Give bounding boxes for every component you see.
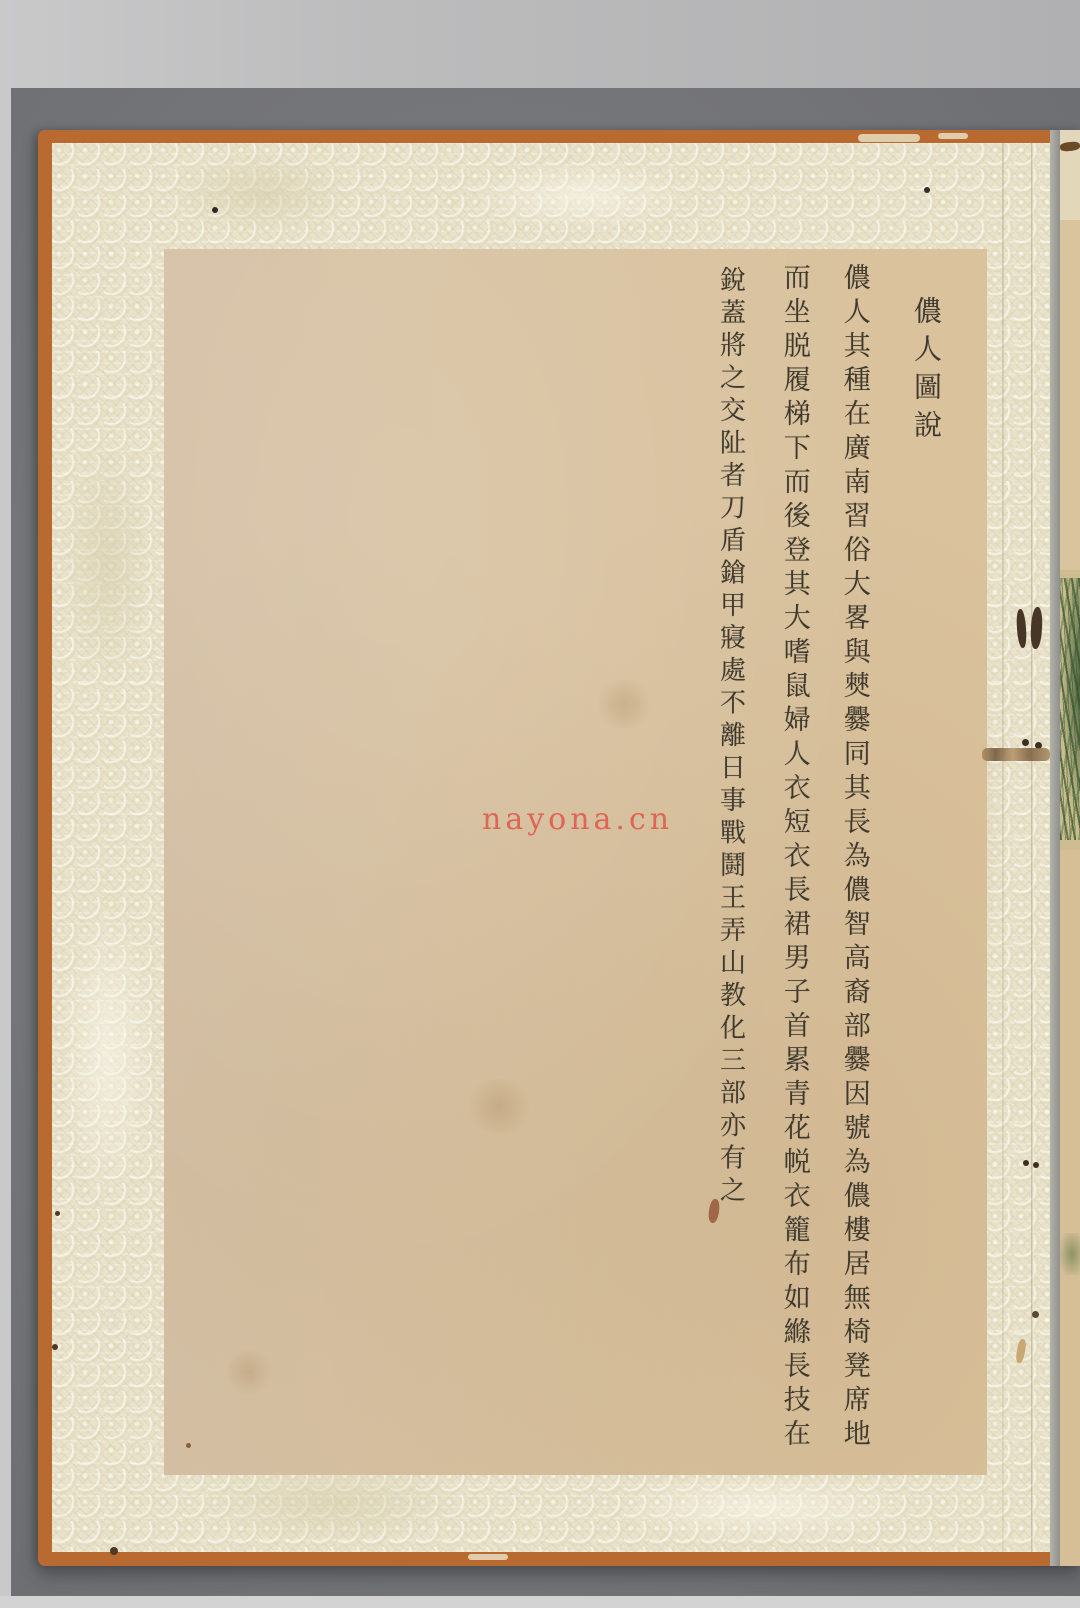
bottom-light-strip bbox=[0, 1596, 1080, 1608]
binding-dot bbox=[1023, 1160, 1029, 1166]
top-light-band bbox=[0, 0, 1080, 88]
speck bbox=[212, 207, 218, 213]
damask-patch bbox=[62, 443, 152, 683]
red-stain bbox=[707, 1198, 720, 1223]
binding-crease-line bbox=[1031, 143, 1034, 1552]
mount-seam-line bbox=[1002, 143, 1004, 1552]
paper-panel: 儂人圖說 · 儂人其種在廣南習俗大畧與僰爨同其長為儂智高裔部爨因號為儂樓居無椅凳… bbox=[164, 249, 987, 1475]
olive-paint-patch bbox=[1060, 1233, 1080, 1275]
text-column-3: 銳蓋將之交阯者刀盾鎗甲寢處不離日事戰鬪王弄山教化三部亦有之 bbox=[714, 266, 747, 1209]
damask-patch bbox=[172, 153, 352, 233]
page-gap-shadow bbox=[1050, 130, 1060, 1566]
binding-dot bbox=[1022, 739, 1029, 746]
foxing-spot bbox=[224, 1349, 274, 1394]
left-light-strip bbox=[0, 0, 11, 1608]
foxing-spot bbox=[594, 679, 654, 729]
edge-wear-chip bbox=[938, 133, 968, 139]
speck bbox=[52, 1344, 58, 1350]
adjacent-page-sliver bbox=[1060, 130, 1080, 1566]
text-column-2: 而坐脱履梯下而後登其大嗜鼠婦人衣短衣長裙男子首累青花帨衣籠布如縧長技在 bbox=[777, 263, 811, 1453]
binding-dot bbox=[1032, 1311, 1039, 1318]
binding-stitch-mark bbox=[1030, 607, 1043, 650]
damask-patch bbox=[202, 1463, 462, 1543]
repair-streak bbox=[982, 748, 1050, 761]
album-page: 儂人圖說 · 儂人其種在廣南習俗大畧與僰爨同其長為儂智高裔部爨因號為儂樓居無椅凳… bbox=[38, 130, 1080, 1566]
text-column-1: 儂人其種在廣南習俗大畧與僰爨同其長為儂智高裔部爨因號為儂樓居無椅凳席地 bbox=[837, 263, 871, 1453]
speck bbox=[110, 1547, 118, 1555]
speck bbox=[186, 1443, 191, 1448]
brocade-border: 儂人圖說 · 儂人其種在廣南習俗大畧與僰爨同其長為儂智高裔部爨因號為儂樓居無椅凳… bbox=[52, 143, 1050, 1552]
brown-mark bbox=[1060, 141, 1080, 152]
photo-background: 儂人圖說 · 儂人其種在廣南習俗大畧與僰爨同其長為儂智高裔部爨因號為儂樓居無椅凳… bbox=[0, 0, 1080, 1608]
damask-patch bbox=[612, 1473, 912, 1543]
title-end-ink-dot: · bbox=[937, 409, 942, 428]
edge-wear-chip bbox=[468, 1554, 508, 1560]
tan-streak bbox=[1015, 1338, 1027, 1363]
foliage-illustration-sliver bbox=[1060, 578, 1080, 840]
damask-patch bbox=[472, 161, 692, 231]
damask-patch bbox=[60, 903, 155, 1203]
binding-stitch-mark bbox=[1016, 609, 1028, 649]
speck bbox=[55, 1211, 60, 1216]
foxing-spot bbox=[464, 1079, 534, 1134]
watermark-text: nayona.cn bbox=[482, 802, 673, 837]
binding-dot bbox=[1033, 1162, 1039, 1168]
speck bbox=[924, 187, 930, 193]
edge-wear-chip bbox=[858, 134, 920, 142]
